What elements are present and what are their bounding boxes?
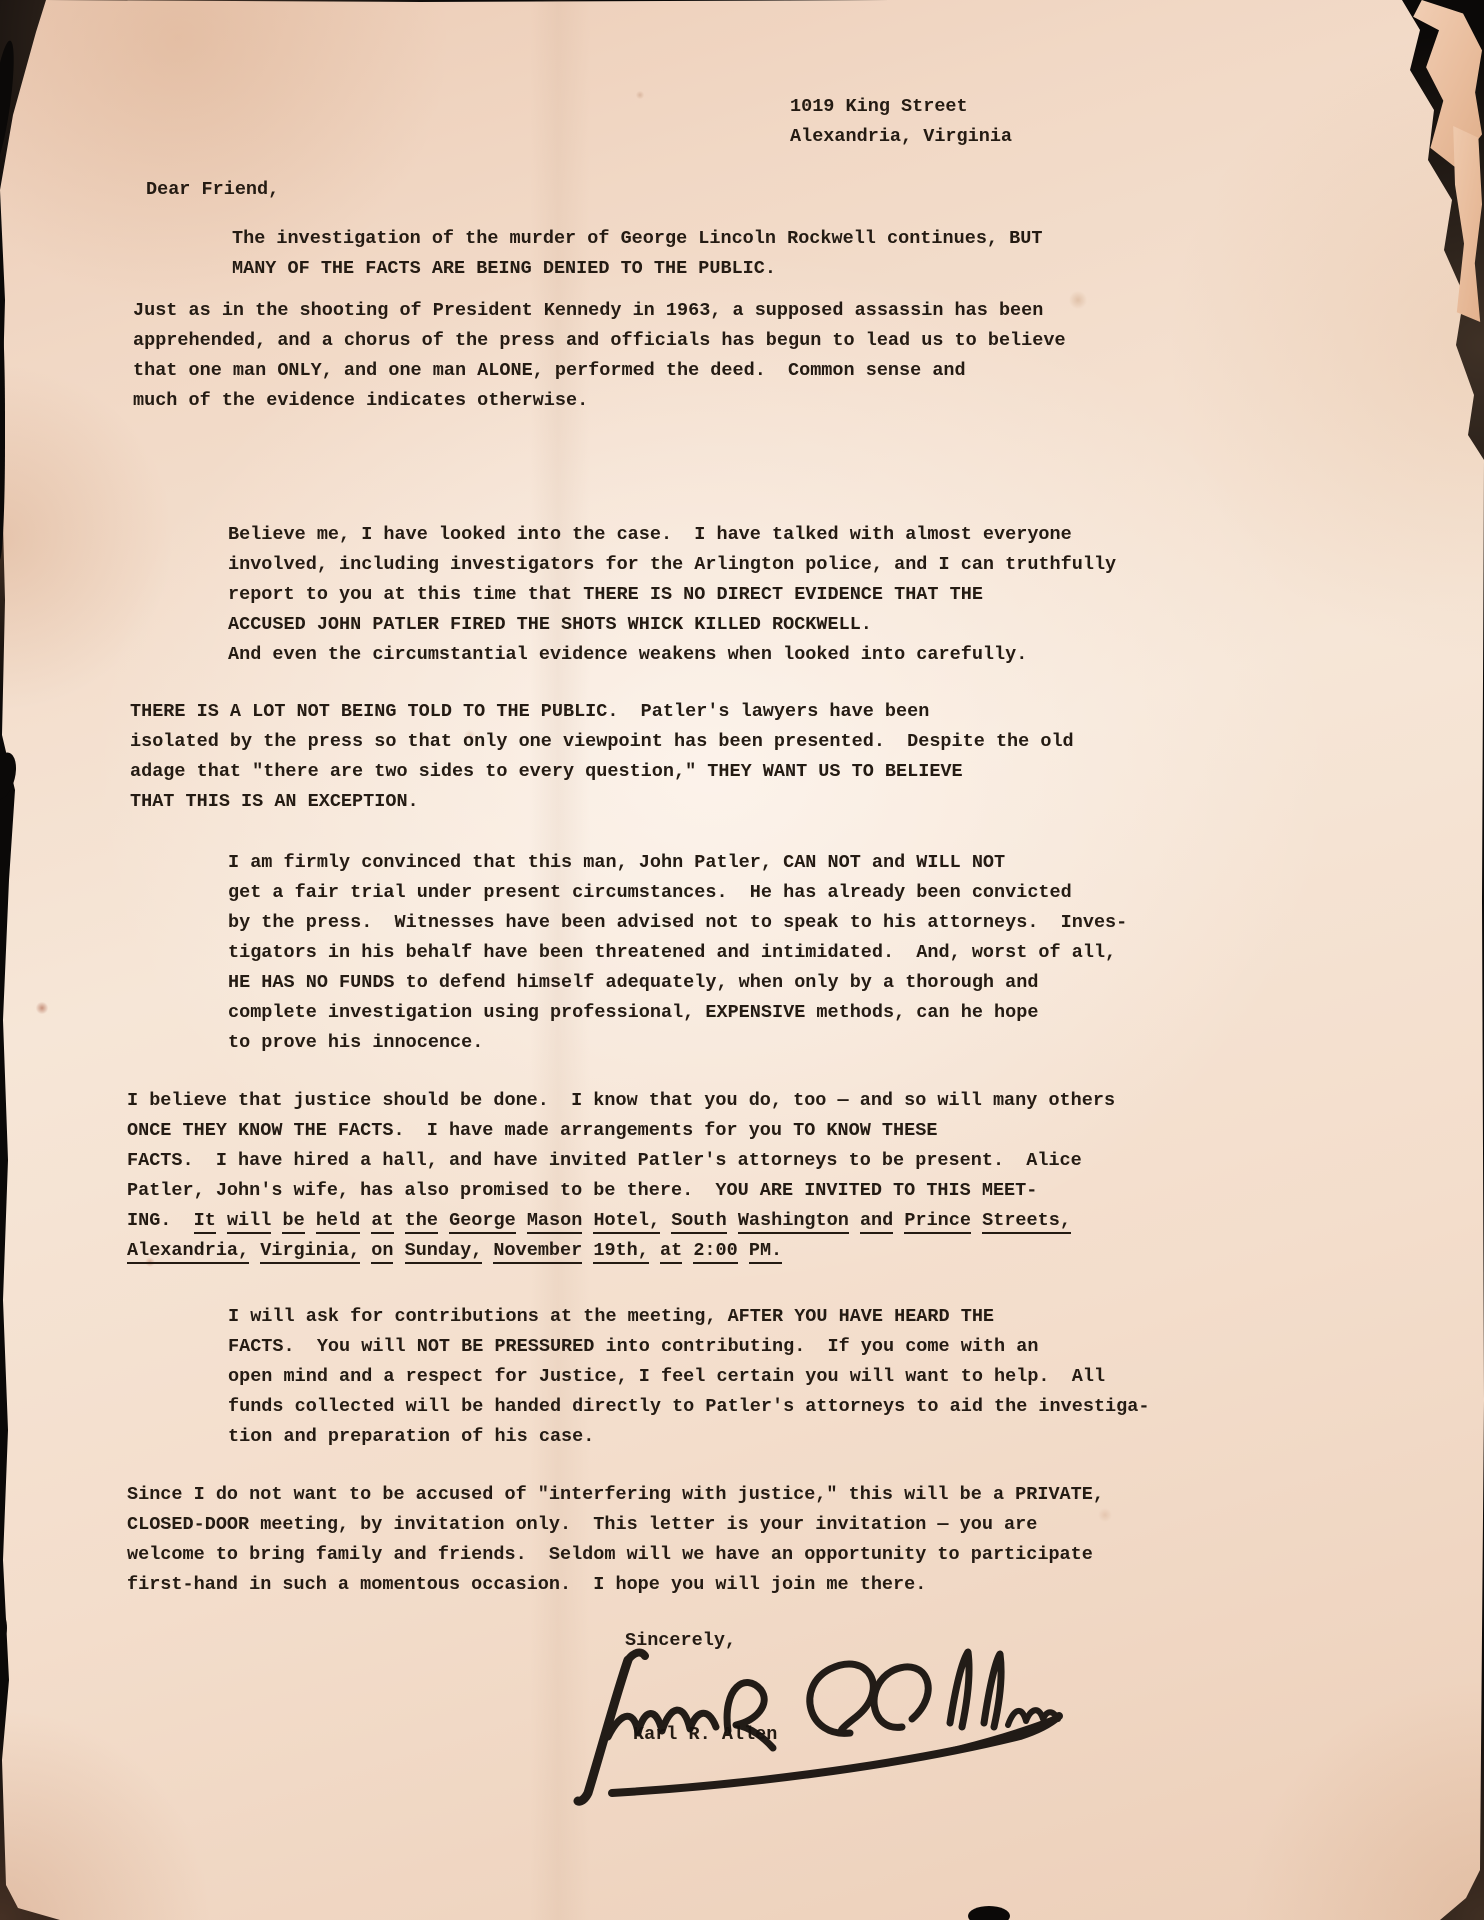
letter-line: Since I do not want to be accused of "in… <box>127 1480 1104 1510</box>
letter-line: much of the evidence indicates otherwise… <box>133 386 1066 416</box>
letter-line: And even the circumstantial evidence wea… <box>228 640 1116 670</box>
signature-scrawl <box>550 1635 1070 1810</box>
sender-address-line: Alexandria, Virginia <box>790 122 1012 152</box>
letter-paragraph: THERE IS A LOT NOT BEING TOLD TO THE PUB… <box>130 697 1074 817</box>
letter-line: report to you at this time that THERE IS… <box>228 580 1116 610</box>
letter-line: MANY OF THE FACTS ARE BEING DENIED TO TH… <box>232 254 1042 284</box>
letter-line: I believe that justice should be done. I… <box>127 1086 1115 1116</box>
letter-line: by the press. Witnesses have been advise… <box>228 908 1127 938</box>
letter-paragraph: I will ask for contributions at the meet… <box>228 1302 1149 1452</box>
sender-address: 1019 King Street Alexandria, Virginia <box>790 92 1012 152</box>
letter-line: The investigation of the murder of Georg… <box>232 224 1042 254</box>
letter-line: HE HAS NO FUNDS to defend himself adequa… <box>228 968 1127 998</box>
letter-line: welcome to bring family and friends. Sel… <box>127 1540 1104 1570</box>
letter-paragraph: Since I do not want to be accused of "in… <box>127 1480 1104 1600</box>
letter-line: complete investigation using professiona… <box>228 998 1127 1028</box>
letter-line: involved, including investigators for th… <box>228 550 1116 580</box>
letter-paragraph: Believe me, I have looked into the case.… <box>228 520 1116 670</box>
letter-line: Believe me, I have looked into the case.… <box>228 520 1116 550</box>
letter-line: FACTS. You will NOT BE PRESSURED into co… <box>228 1332 1149 1362</box>
letter-line: ING. It will be held at the George Mason… <box>127 1206 1115 1236</box>
letter-line: first-hand in such a momentous occasion.… <box>127 1570 1104 1600</box>
letter-paragraph: Just as in the shooting of President Ken… <box>133 296 1066 416</box>
torn-edge-nick <box>968 1906 1010 1920</box>
letter-paragraph: I believe that justice should be done. I… <box>127 1086 1115 1266</box>
meeting-time-underlined: Alexandria, Virginia, on Sunday, Novembe… <box>127 1240 782 1264</box>
letter-line: adage that "there are two sides to every… <box>130 757 1074 787</box>
letter-line: get a fair trial under present circumsta… <box>228 878 1127 908</box>
letter-line: ACCUSED JOHN PATLER FIRED THE SHOTS WHIC… <box>228 610 1116 640</box>
letter-line: I am firmly convinced that this man, Joh… <box>228 848 1127 878</box>
letter-line: THERE IS A LOT NOT BEING TOLD TO THE PUB… <box>130 697 1074 727</box>
letter-line-prefix: ING. <box>127 1210 194 1231</box>
letter-line: THAT THIS IS AN EXCEPTION. <box>130 787 1074 817</box>
letter-line: FACTS. I have hired a hall, and have inv… <box>127 1146 1115 1176</box>
letter-line: tigators in his behalf have been threate… <box>228 938 1127 968</box>
salutation: Dear Friend, <box>146 175 279 205</box>
letter-line: tion and preparation of his case. <box>228 1422 1149 1452</box>
scanned-letter-page: 1019 King Street Alexandria, Virginia De… <box>0 0 1484 1920</box>
letter-paragraph: I am firmly convinced that this man, Joh… <box>228 848 1127 1058</box>
sender-address-line: 1019 King Street <box>790 92 1012 122</box>
letter-line: funds collected will be handed directly … <box>228 1392 1149 1422</box>
meeting-location-underlined: It will be held at the George Mason Hote… <box>194 1210 1071 1234</box>
letter-paragraph: The investigation of the murder of Georg… <box>232 224 1042 284</box>
letter-line: that one man ONLY, and one man ALONE, pe… <box>133 356 1066 386</box>
letter-line: isolated by the press so that only one v… <box>130 727 1074 757</box>
letter-line: apprehended, and a chorus of the press a… <box>133 326 1066 356</box>
letter-line: ONCE THEY KNOW THE FACTS. I have made ar… <box>127 1116 1115 1146</box>
letter-line: I will ask for contributions at the meet… <box>228 1302 1149 1332</box>
letter-line: to prove his innocence. <box>228 1028 1127 1058</box>
letter-line: open mind and a respect for Justice, I f… <box>228 1362 1149 1392</box>
letter-line: CLOSED-DOOR meeting, by invitation only.… <box>127 1510 1104 1540</box>
letter-line: Just as in the shooting of President Ken… <box>133 296 1066 326</box>
letter-line: Alexandria, Virginia, on Sunday, Novembe… <box>127 1236 1115 1266</box>
letter-line: Patler, John's wife, has also promised t… <box>127 1176 1115 1206</box>
